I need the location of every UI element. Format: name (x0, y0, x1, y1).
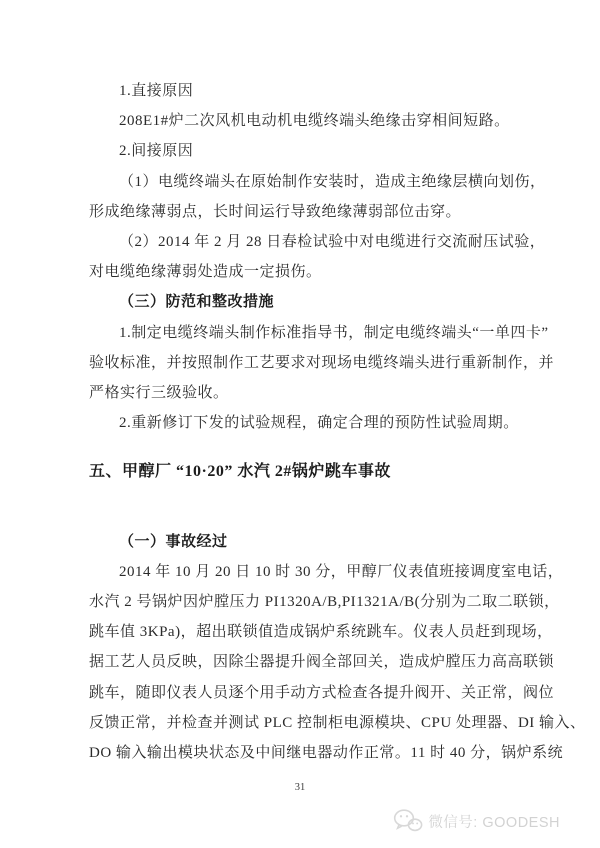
text-line: 据工艺人员反映，因除尘器提升阀全部回关，造成炉膛压力高高联锁 (89, 647, 514, 677)
text-line: 2.重新修订下发的试验规程，确定合理的预防性试验周期。 (89, 408, 514, 438)
text-line: 2014 年 10 月 20 日 10 时 30 分，甲醇厂仪表值班接调度室电话… (89, 557, 514, 587)
document-body: 1.直接原因208E1#炉二次风机电动机电缆终端头绝缘击穿相间短路。2.间接原因… (89, 76, 514, 768)
document-page: 1.直接原因208E1#炉二次风机电动机电缆终端头绝缘击穿相间短路。2.间接原因… (0, 0, 600, 848)
page-footer: 31 (0, 782, 600, 793)
page-number: 31 (295, 782, 306, 793)
text-line: 形成绝缘薄弱点，长时间运行导致绝缘薄弱部位击穿。 (89, 197, 514, 227)
text-line: 跳车，随即仪表人员逐个用手动方式检查各提升阀开、关正常，阀位 (89, 678, 514, 708)
heading-line: 五、甲醇厂 “10·20” 水汽 2#锅炉跳车事故 (89, 457, 514, 487)
text-line: （2）2014 年 2 月 28 日春检试验中对电缆进行交流耐压试验， (89, 227, 514, 257)
text-line: 1.直接原因 (89, 76, 514, 106)
text-line: 反馈正常，并检查并测试 PLC 控制柜电源模块、CPU 处理器、DI 输入、 (89, 708, 514, 738)
text-line: 验收标准，并按照制作工艺要求对现场电缆终端头进行重新制作，并 (89, 348, 514, 378)
heading-line: （一）事故经过 (89, 527, 514, 557)
text-line: 2.间接原因 (89, 136, 514, 166)
watermark: 微信号: GOODESH (393, 808, 560, 834)
watermark-text: 微信号: GOODESH (428, 811, 560, 832)
text-line: 严格实行三级验收。 (89, 378, 514, 408)
text-line: 水汽 2 号锅炉因炉膛压力 PI1320A/B,PI1321A/B(分别为二取二… (89, 587, 514, 617)
text-line: 1.制定电缆终端头制作标准指导书，制定电缆终端头“一单四卡” (89, 318, 514, 348)
text-line: 208E1#炉二次风机电动机电缆终端头绝缘击穿相间短路。 (89, 106, 514, 136)
text-line: 对电缆绝缘薄弱处造成一定损伤。 (89, 257, 514, 287)
text-line: DO 输入输出模块状态及中间继电器动作正常。11 时 40 分，锅炉系统 (89, 738, 514, 768)
text-line: 跳车值 3KPa)，超出联锁值造成锅炉系统跳车。仪表人员赶到现场， (89, 617, 514, 647)
heading-line: （三）防范和整改措施 (89, 287, 514, 317)
text-line: （1）电缆终端头在原始制作安装时，造成主绝缘层横向划伤， (89, 167, 514, 197)
wechat-icon (393, 808, 423, 834)
